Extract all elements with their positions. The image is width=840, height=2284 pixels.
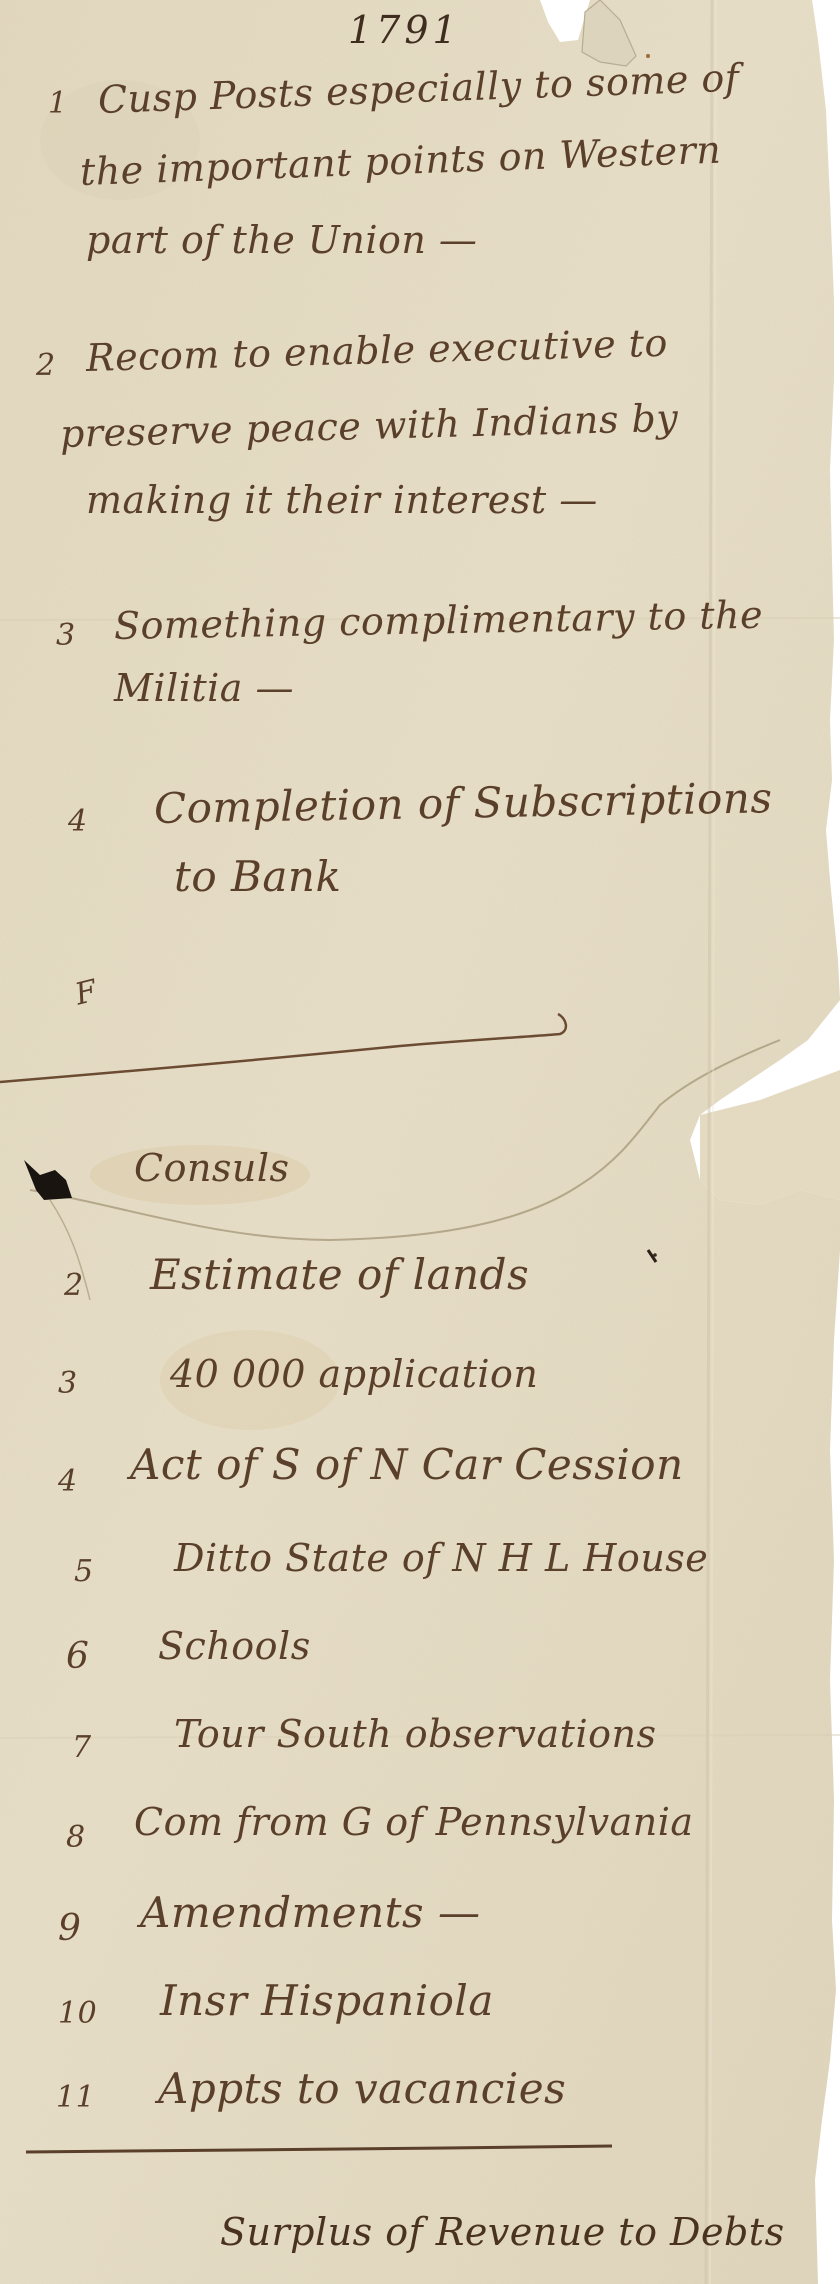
item-number: 4 [68, 804, 88, 839]
item-number: 3 [58, 1366, 78, 1401]
list-item-estimate: Estimate of lands [150, 1250, 529, 1299]
item-number: 2 [36, 348, 56, 383]
item-number: 11 [56, 2080, 95, 2115]
item-number: 9 [58, 1908, 81, 1949]
item-4-line-2: to Bank [174, 852, 341, 901]
manuscript-sheet: 1791 1 Cusp Posts especially to some of … [0, 0, 840, 2284]
item-2-line-3: making it their interest — [86, 478, 598, 522]
item-number: 2 [64, 1268, 84, 1303]
list-item-application: 40 000 application [170, 1352, 538, 1396]
list-item-consuls: Consuls [134, 1146, 290, 1190]
bottom-rule [26, 2142, 626, 2158]
item-number: 3 [56, 618, 76, 653]
list-item-schools: Schools [158, 1624, 311, 1668]
list-item-ditto-nh: Ditto State of N H L House [174, 1536, 708, 1580]
item-1-line-3: part of the Union — [86, 218, 477, 262]
item-number: 4 [58, 1464, 78, 1499]
document-year: 1791 [348, 8, 461, 52]
item-3-line-2: Militia — [114, 666, 294, 710]
item-number: 10 [58, 1996, 97, 2031]
list-item-act-nc: Act of S of N Car Cession [130, 1440, 684, 1489]
item-number: 5 [74, 1554, 94, 1589]
item-number: 8 [66, 1820, 86, 1855]
item-number: 6 [66, 1636, 89, 1677]
list-item-appointments: Appts to vacancies [158, 2064, 566, 2113]
item-number: 7 [72, 1730, 92, 1765]
item-number: 1 [48, 86, 68, 121]
list-item-tour-south: Tour South observations [174, 1712, 656, 1756]
footer-note: Surplus of Revenue to Debts [220, 2210, 785, 2254]
list-item-com-pennsylvania: Com from G of Pennsylvania [134, 1800, 694, 1844]
list-item-hispaniola: Insr Hispaniola [160, 1976, 494, 2025]
list-item-amendments: Amendments — [140, 1888, 480, 1937]
section-divider [0, 1000, 580, 1100]
